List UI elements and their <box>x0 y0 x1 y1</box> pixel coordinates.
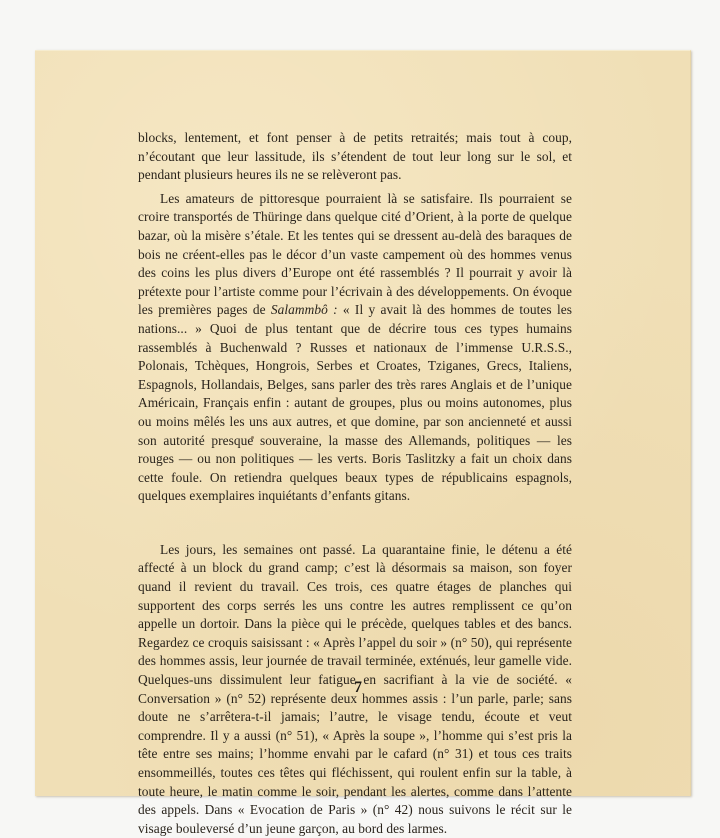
paragraph-jours-semaines: Les jours, les semaines ont passé. La qu… <box>138 541 572 812</box>
paragraph-text: blocks, lentement, et font penser à de p… <box>138 130 572 182</box>
paragraph-pittoresque: Les amateurs de pittoresque pourraient l… <box>138 190 572 506</box>
paragraph-text: Les amateurs de pittoresque pourraient l… <box>138 191 572 318</box>
paragraph-text: Les jours, les semaines ont passé. La qu… <box>138 542 572 812</box>
book-title-salammbo: Salammbô : <box>271 302 338 317</box>
paragraph-text: « Il y avait là des hommes de toutes les… <box>138 302 572 503</box>
paper-speck <box>251 436 254 439</box>
page-number: 7 <box>348 679 368 697</box>
body-text: blocks, lentement, et font penser à de p… <box>138 129 572 812</box>
document-page: blocks, lentement, et font penser à de p… <box>35 50 691 796</box>
paragraph-continuation: blocks, lentement, et font penser à de p… <box>138 129 572 185</box>
